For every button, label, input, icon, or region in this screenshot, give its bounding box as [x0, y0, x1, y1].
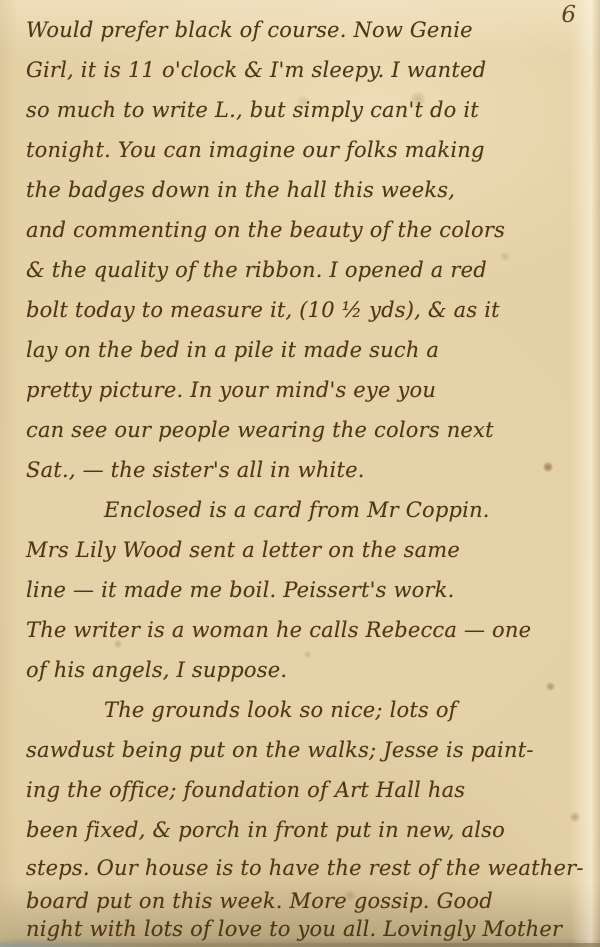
handwritten-line: sawdust being put on the walks; Jesse is… [26, 730, 586, 770]
scan-edge [0, 943, 600, 947]
paper-stain [114, 640, 122, 648]
handwritten-line: can see our people wearing the colors ne… [26, 410, 586, 450]
handwritten-line: Girl, it is 11 o'clock & I'm sleepy. I w… [26, 50, 586, 90]
handwritten-line: bolt today to measure it, (10 ½ yds), & … [26, 290, 586, 330]
handwritten-line: lay on the bed in a pile it made such a [26, 330, 586, 370]
paper-stain [410, 92, 426, 106]
paper-stain [344, 890, 356, 901]
paper-stain [546, 682, 555, 691]
handwritten-line: and commenting on the beauty of the colo… [26, 210, 586, 250]
handwritten-line: line — it made me boil. Peissert's work. [26, 570, 586, 610]
handwritten-line: been fixed, & porch in front put in new,… [26, 810, 586, 850]
handwritten-line: Would prefer black of course. Now Genie [26, 10, 586, 50]
handwritten-line: The grounds look so nice; lots of [26, 690, 586, 730]
handwritten-line: night with lots of love to you all. Lovi… [26, 916, 586, 942]
handwritten-line: the badges down in the hall this weeks, [26, 170, 586, 210]
paper-stain [500, 252, 510, 261]
handwritten-line: Mrs Lily Wood sent a letter on the same [26, 530, 586, 570]
handwritten-line: The writer is a woman he calls Rebecca —… [26, 610, 586, 650]
paper-stain [570, 812, 580, 822]
handwritten-line: steps. Our house is to have the rest of … [26, 850, 586, 886]
handwritten-line: Sat., — the sister's all in white. [26, 450, 586, 490]
handwritten-line: Enclosed is a card from Mr Coppin. [26, 490, 586, 530]
handwritten-line: pretty picture. In your mind's eye you [26, 370, 586, 410]
paper-stain [543, 462, 553, 472]
letter-page: 6 Would prefer black of course. Now Geni… [0, 0, 600, 947]
handwritten-line: tonight. You can imagine our folks makin… [26, 130, 586, 170]
paper-stain [296, 96, 310, 108]
letter-body: Would prefer black of course. Now GenieG… [26, 10, 586, 942]
handwritten-line: board put on this week. More gossip. Goo… [26, 886, 586, 916]
handwritten-line: ing the office; foundation of Art Hall h… [26, 770, 586, 810]
paper-stain [304, 651, 311, 658]
